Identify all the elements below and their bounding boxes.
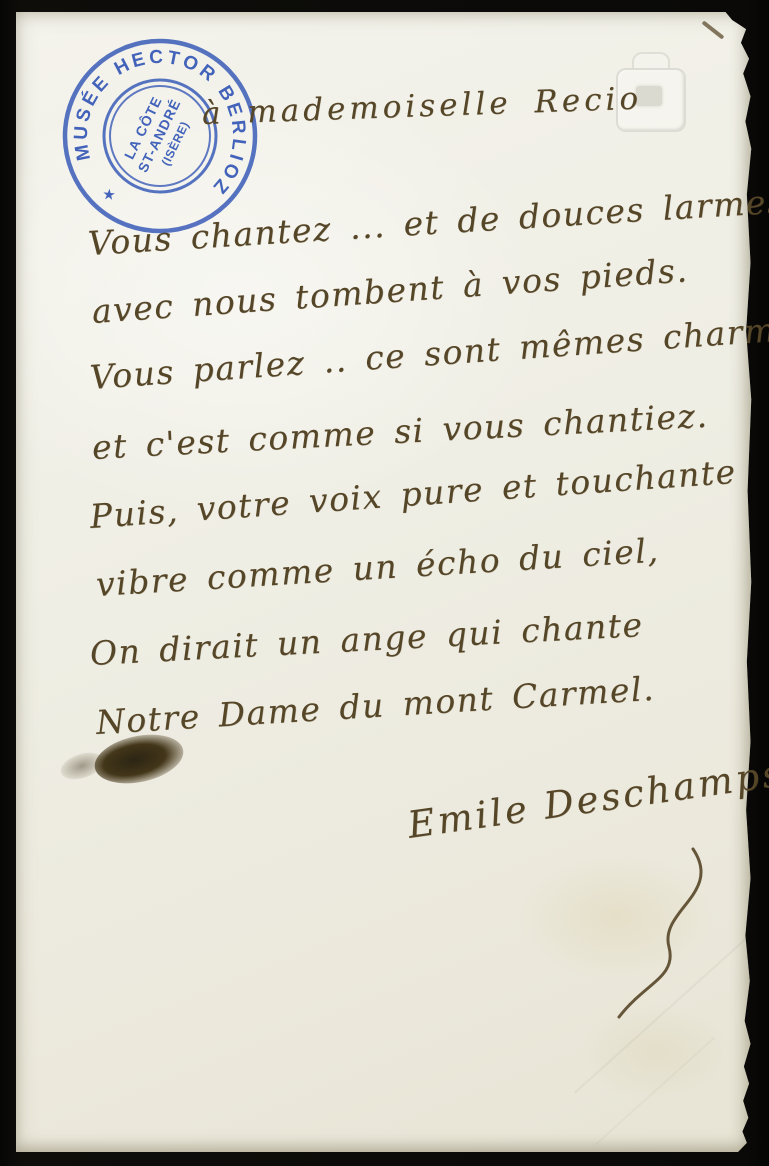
- signature-flourish: [555, 845, 740, 1030]
- stamp-star-icon: ★: [96, 181, 123, 207]
- seal-crown-icon: [632, 52, 670, 68]
